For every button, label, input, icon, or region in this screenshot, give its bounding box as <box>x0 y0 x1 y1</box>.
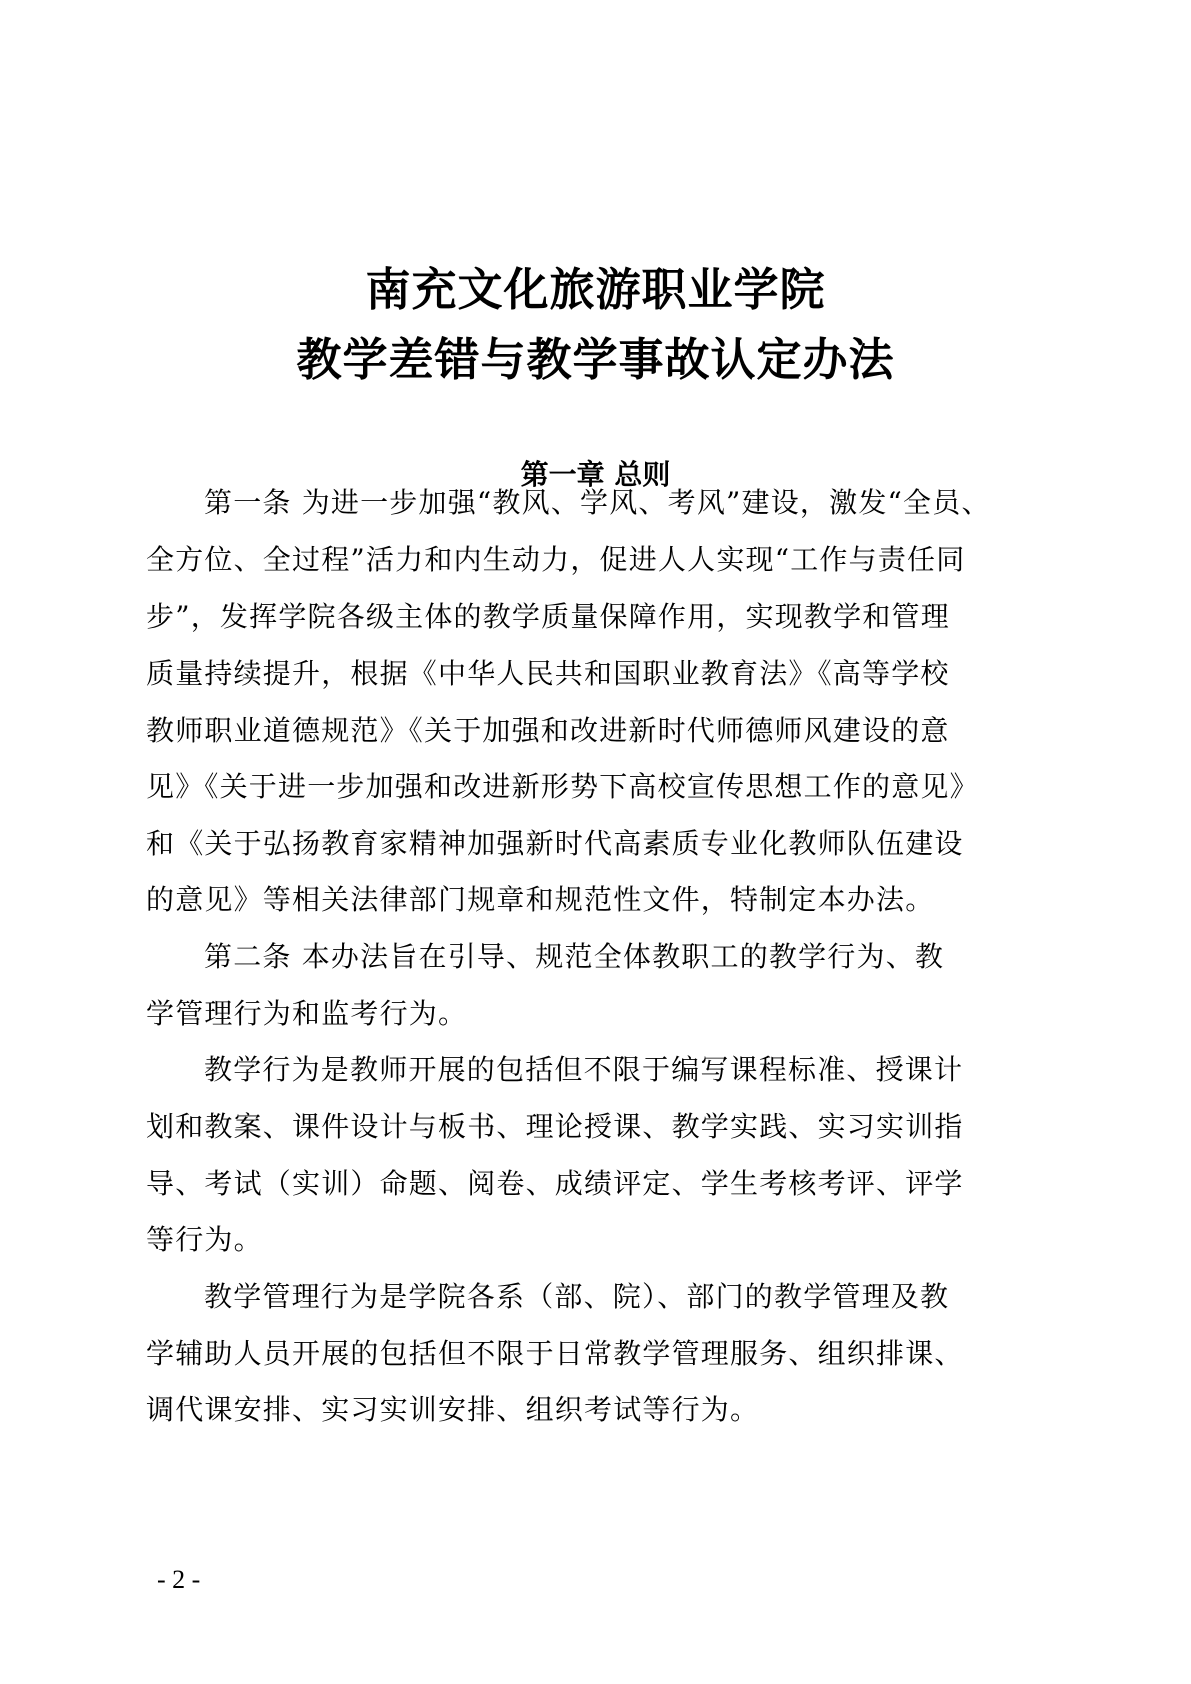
management-behavior-line: 调代课安排、实习实训安排、组织考试等行为。 <box>146 1390 1046 1430</box>
article-1-line: 和《关于弘扬教育家精神加强新时代高素质专业化教师队伍建设 <box>146 824 1046 864</box>
article-1-line: 质量持续提升，根据《中华人民共和国职业教育法》《高等学校 <box>146 654 1046 694</box>
article-2-line: 第二条 本办法旨在引导、规范全体教职工的教学行为、教 <box>204 937 1104 977</box>
document-title-institution: 南充文化旅游职业学院 <box>0 260 1191 320</box>
page-number: - 2 - <box>157 1565 200 1595</box>
article-1-line: 第一条 为进一步加强“教风、学风、考风”建设，激发“全员、 <box>204 483 1104 523</box>
teaching-behavior-line: 等行为。 <box>146 1220 1046 1260</box>
article-1-line: 教师职业道德规范》《关于加强和改进新时代师德师风建设的意 <box>146 711 1046 751</box>
document-title-regulation: 教学差错与教学事故认定办法 <box>0 330 1191 390</box>
article-1-line: 的意见》等相关法律部门规章和规范性文件，特制定本办法。 <box>146 880 1046 920</box>
article-1-line: 见》《关于进一步加强和改进新形势下高校宣传思想工作的意见》 <box>146 767 1046 807</box>
article-1-line: 全方位、全过程”活力和内生动力，促进人人实现“工作与责任同 <box>146 540 1046 580</box>
teaching-behavior-line: 导、考试（实训）命题、阅卷、成绩评定、学生考核考评、评学 <box>146 1164 1046 1204</box>
article-2-line: 学管理行为和监考行为。 <box>146 994 1046 1034</box>
management-behavior-line: 学辅助人员开展的包括但不限于日常教学管理服务、组织排课、 <box>146 1334 1046 1374</box>
teaching-behavior-line: 教学行为是教师开展的包括但不限于编写课程标准、授课计 <box>204 1050 1104 1090</box>
article-1-line: 步”，发挥学院各级主体的教学质量保障作用，实现教学和管理 <box>146 597 1046 637</box>
teaching-behavior-line: 划和教案、课件设计与板书、理论授课、教学实践、实习实训指 <box>146 1107 1046 1147</box>
management-behavior-line: 教学管理行为是学院各系（部、院）、部门的教学管理及教 <box>204 1277 1104 1317</box>
